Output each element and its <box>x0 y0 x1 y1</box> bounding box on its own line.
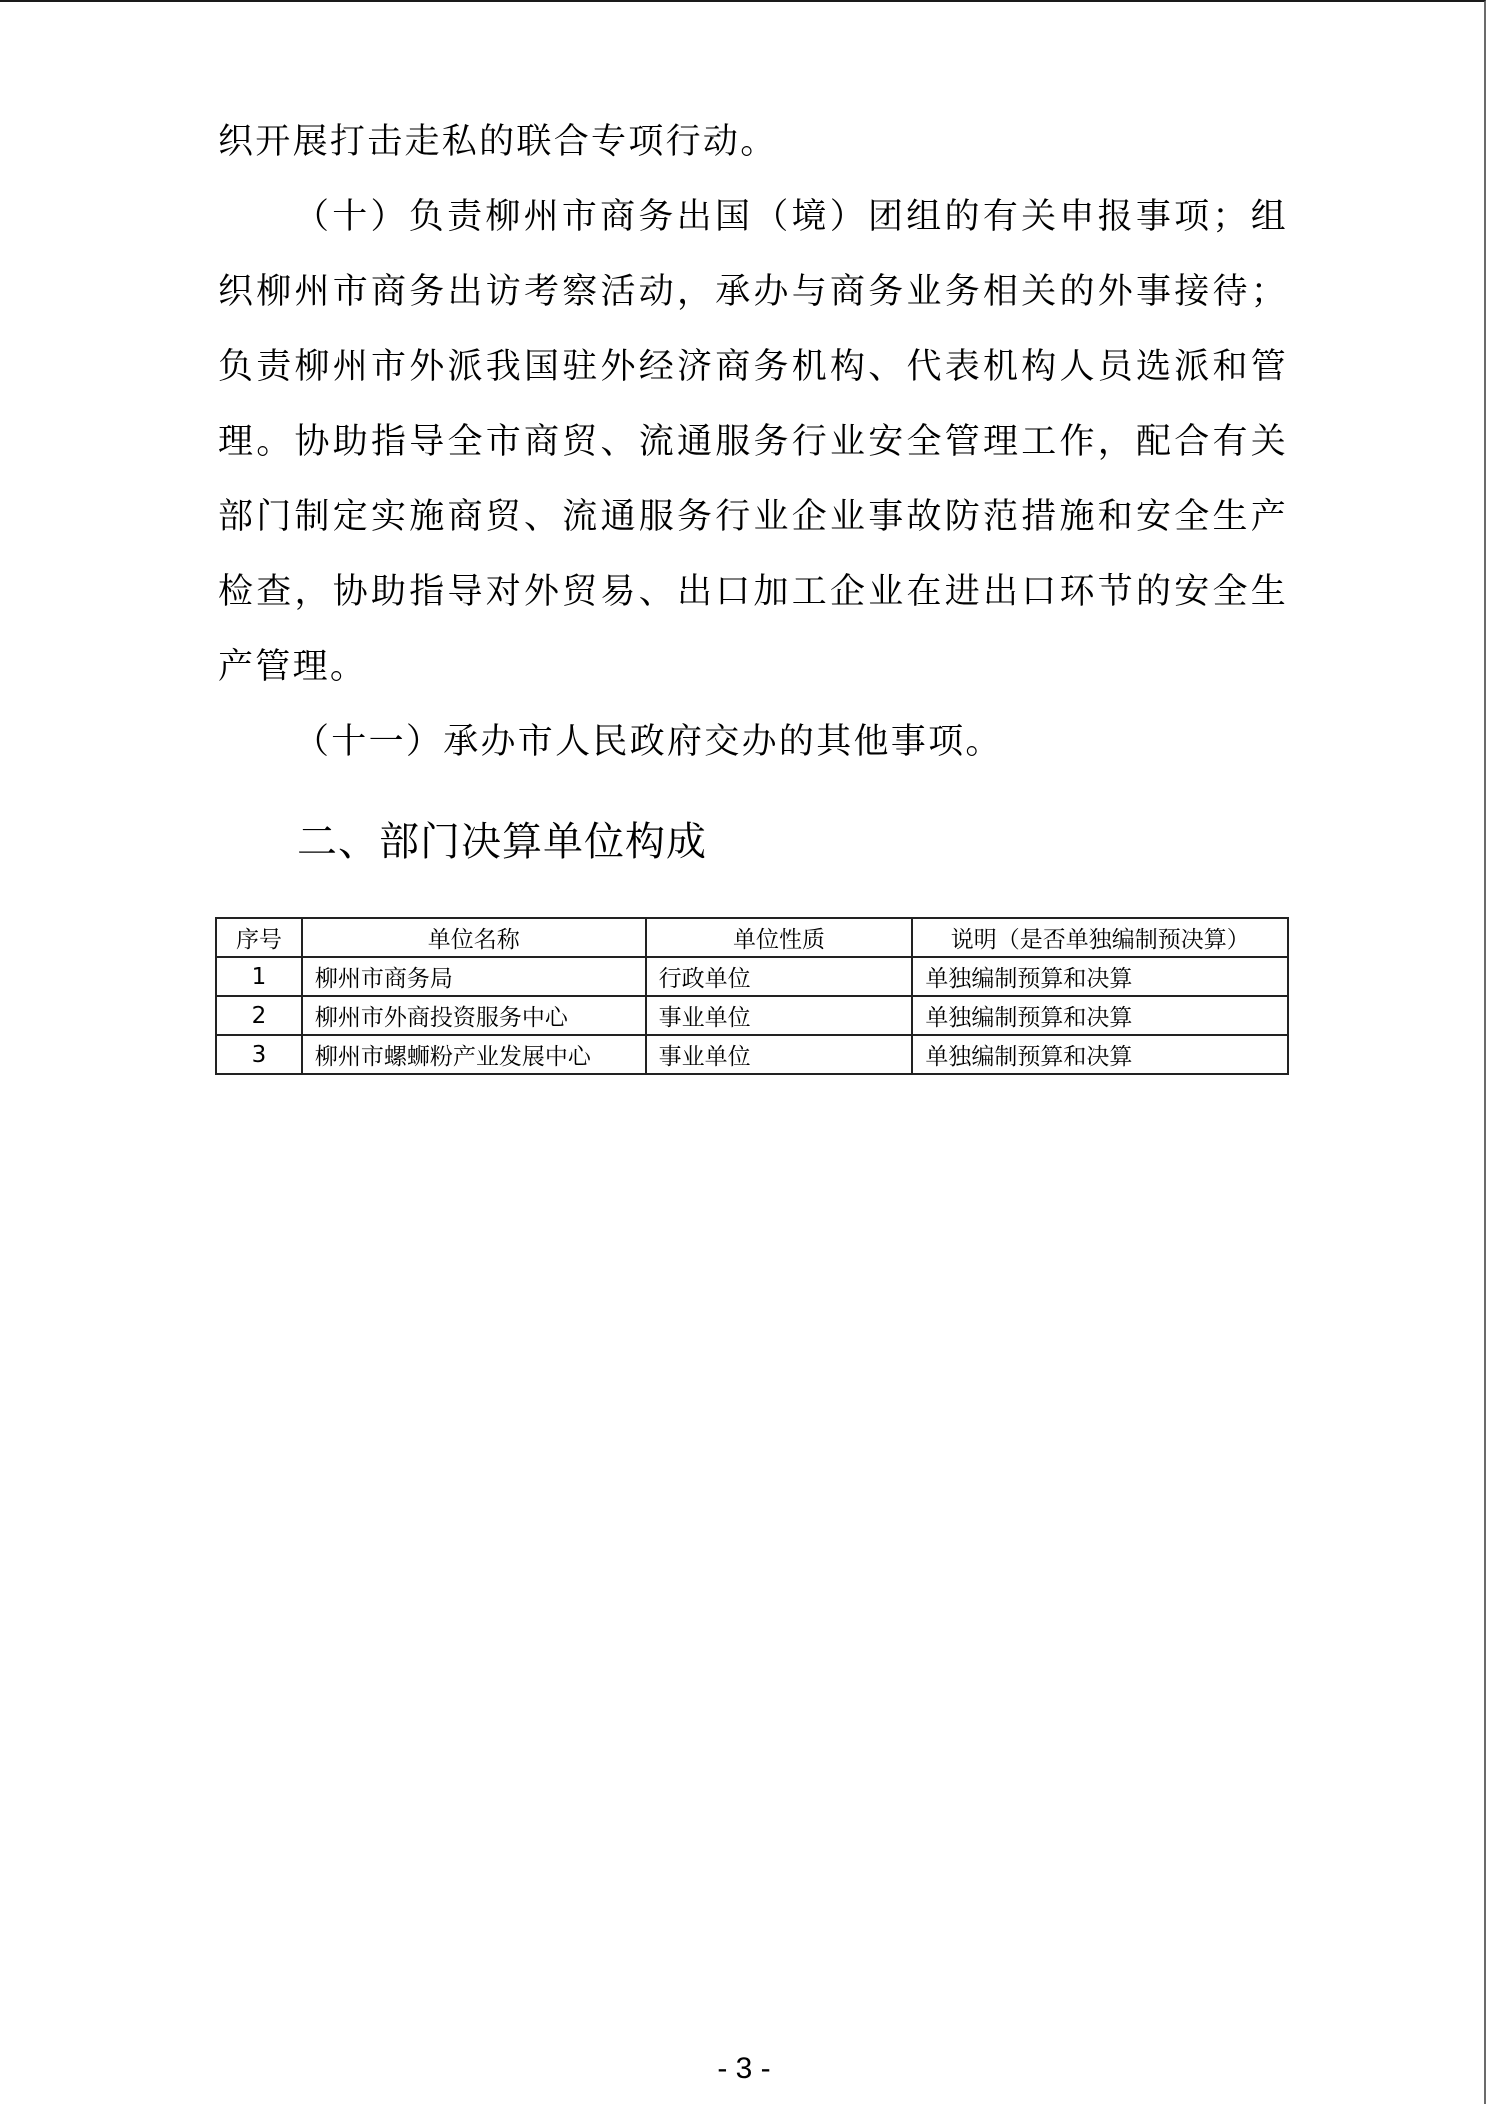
cell-unit-type: 事业单位 <box>646 996 913 1035</box>
cell-note: 单独编制预算和决算 <box>912 957 1288 996</box>
cell-unit-name: 柳州市外商投资服务中心 <box>302 996 646 1035</box>
cell-unit-type: 事业单位 <box>646 1035 913 1074</box>
units-table: 序号 单位名称 单位性质 说明（是否单独编制预决算） 1 柳州市商务局 行政单位… <box>215 917 1289 1075</box>
cell-unit-name: 柳州市螺蛳粉产业发展中心 <box>302 1035 646 1074</box>
paragraph-continuation: 织开展打击走私的联合专项行动。 <box>218 105 1288 180</box>
cell-unit-name: 柳州市商务局 <box>302 957 646 996</box>
table-row: 3 柳州市螺蛳粉产业发展中心 事业单位 单独编制预算和决算 <box>216 1035 1288 1074</box>
header-index: 序号 <box>216 918 302 957</box>
header-unit-type: 单位性质 <box>646 918 913 957</box>
page-number: - 3 - <box>0 2051 1488 2087</box>
document-page: 织开展打击走私的联合专项行动。 （十）负责柳州市商务出国（境）团组的有关申报事项… <box>0 0 1486 2104</box>
cell-unit-type: 行政单位 <box>646 957 913 996</box>
header-note: 说明（是否单独编制预决算） <box>912 918 1288 957</box>
cell-note: 单独编制预算和决算 <box>912 996 1288 1035</box>
paragraph-item-10: （十）负责柳州市商务出国（境）团组的有关申报事项；组织柳州市商务出访考察活动，承… <box>218 180 1288 705</box>
body-text: 织开展打击走私的联合专项行动。 （十）负责柳州市商务出国（境）团组的有关申报事项… <box>218 105 1288 780</box>
header-unit-name: 单位名称 <box>302 918 646 957</box>
cell-index: 3 <box>216 1035 302 1074</box>
paragraph-item-11: （十一）承办市人民政府交办的其他事项。 <box>218 705 1288 780</box>
table-header-row: 序号 单位名称 单位性质 说明（是否单独编制预决算） <box>216 918 1288 957</box>
table-row: 2 柳州市外商投资服务中心 事业单位 单独编制预算和决算 <box>216 996 1288 1035</box>
section-heading: 二、部门决算单位构成 <box>297 814 707 870</box>
cell-index: 1 <box>216 957 302 996</box>
table-row: 1 柳州市商务局 行政单位 单独编制预算和决算 <box>216 957 1288 996</box>
cell-note: 单独编制预算和决算 <box>912 1035 1288 1074</box>
cell-index: 2 <box>216 996 302 1035</box>
